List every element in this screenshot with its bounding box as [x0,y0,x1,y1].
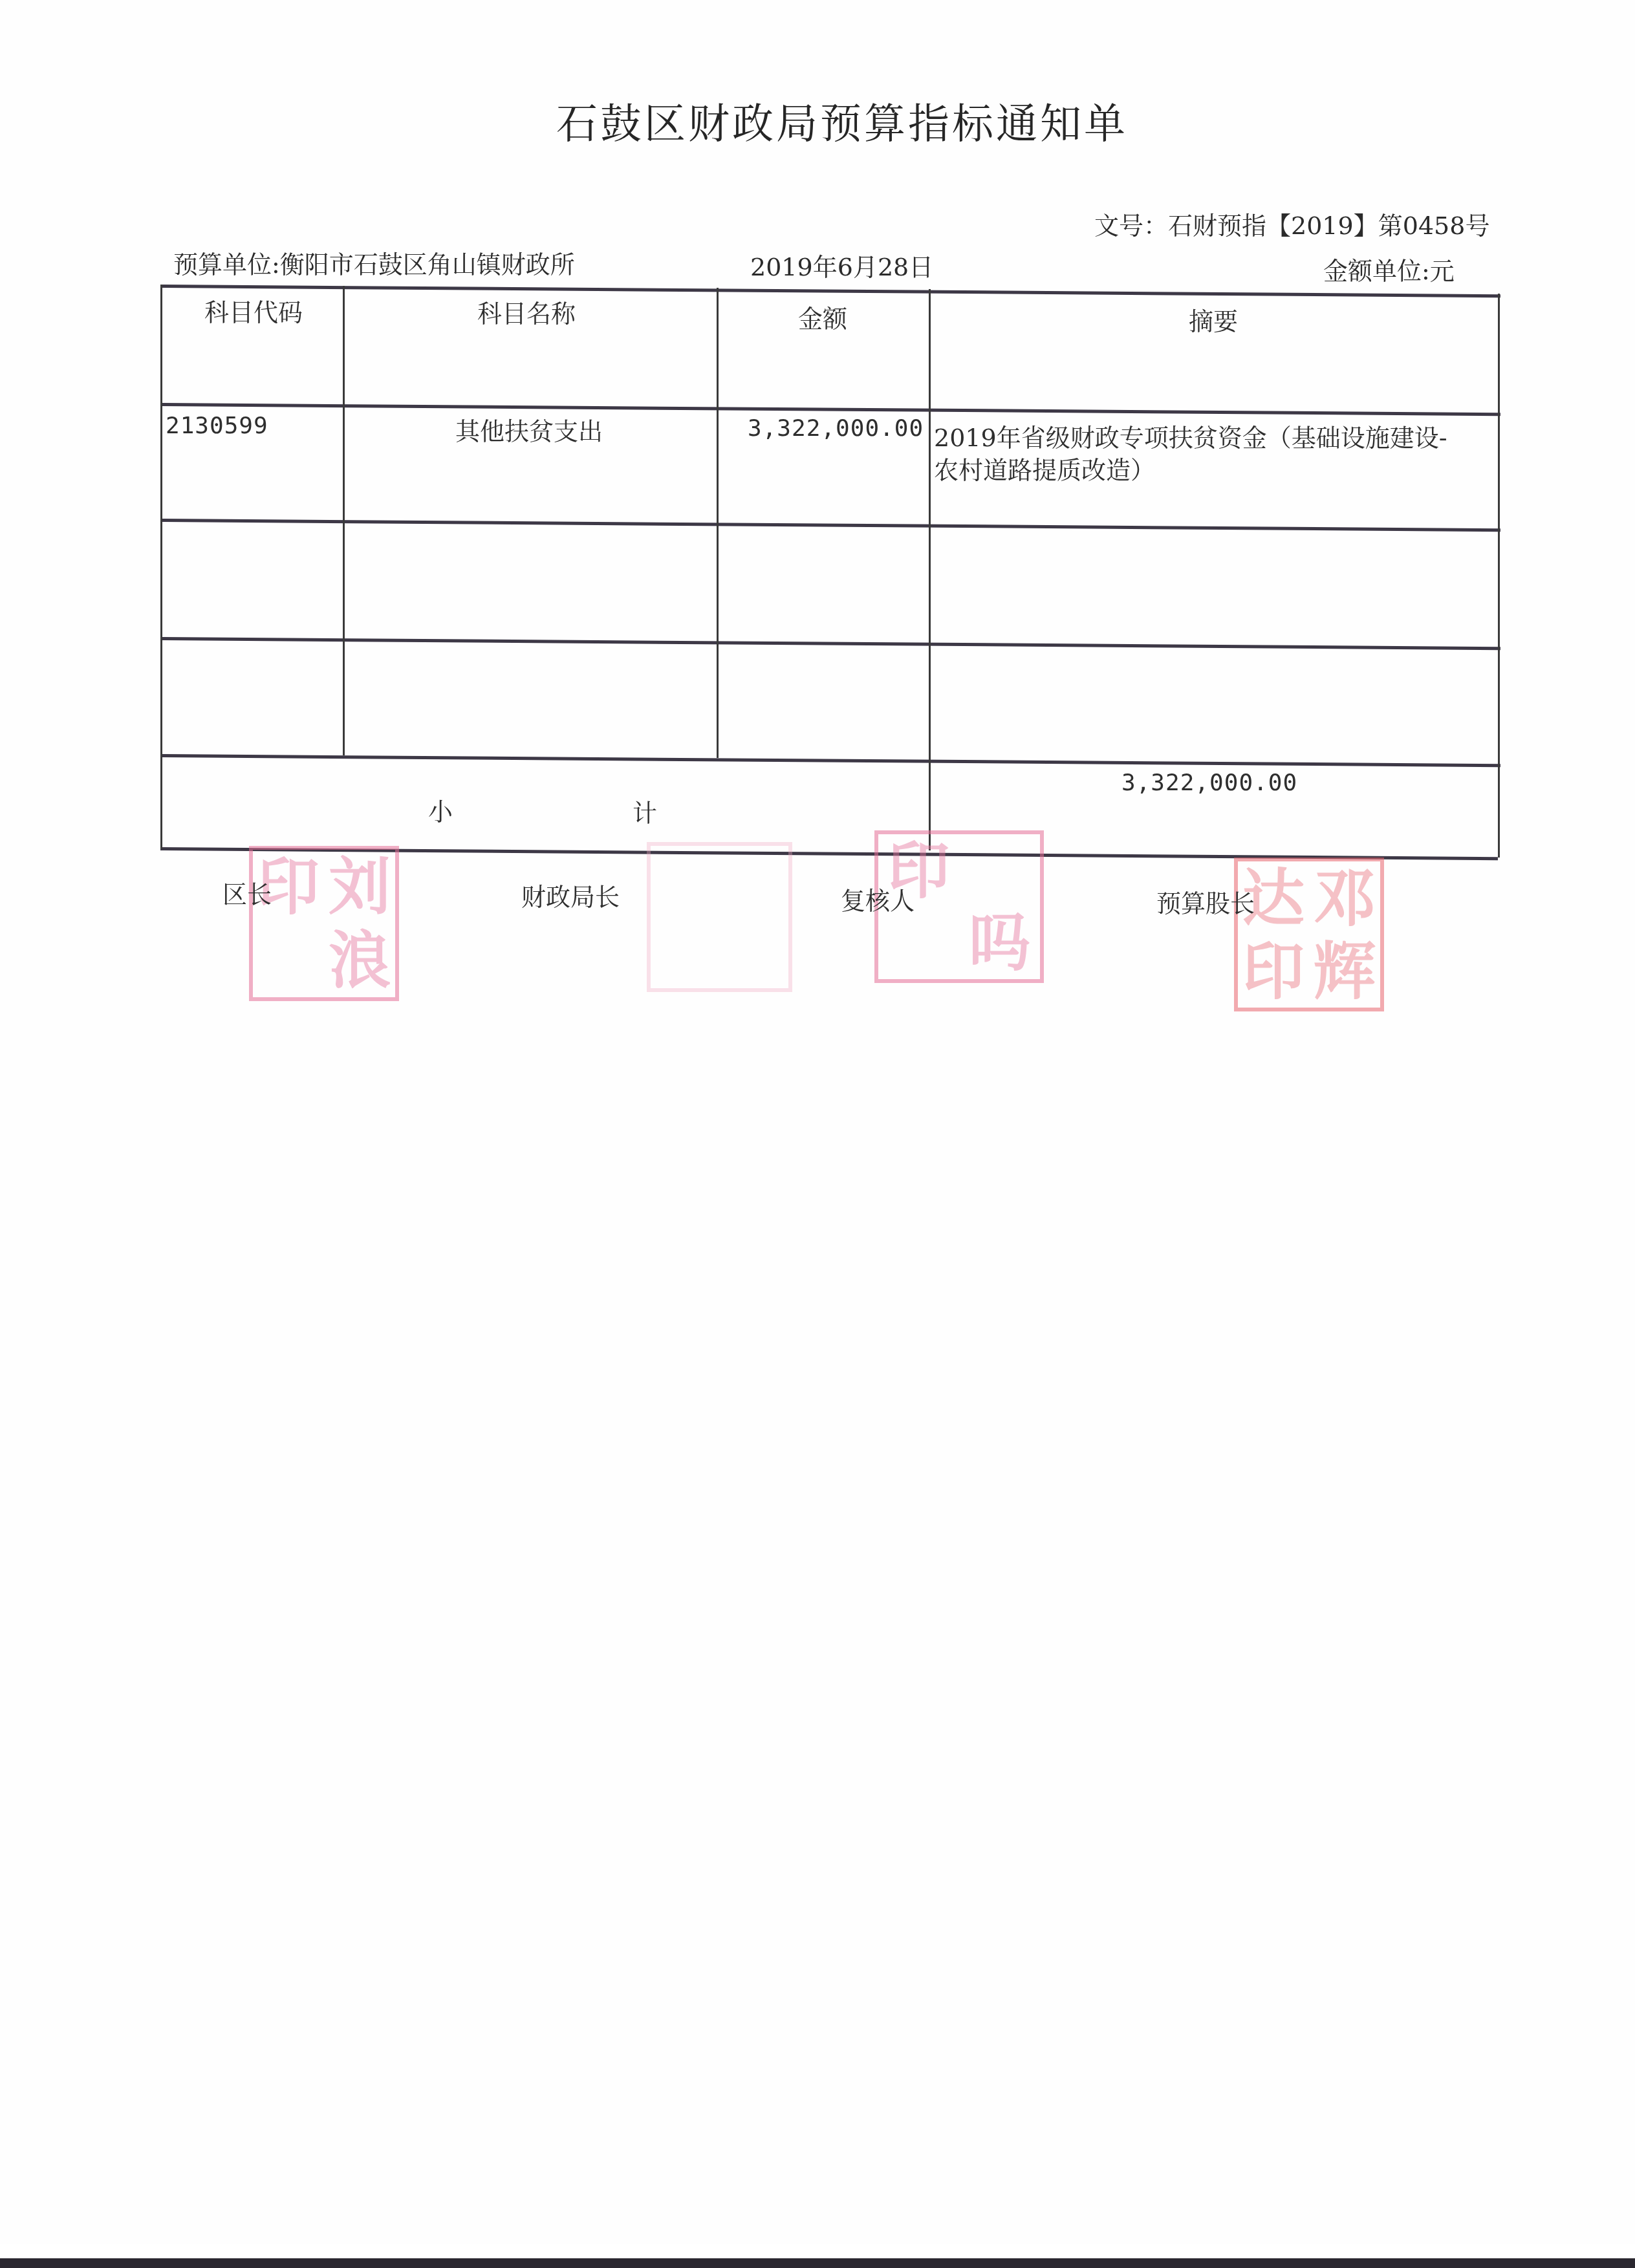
table-rule-row2-bottom [160,637,1500,650]
table-rule-top [160,285,1500,297]
table-border-left [160,285,162,849]
col-divider-name-amount [717,288,719,758]
amount-unit: 金额单位:元 [1323,251,1455,286]
row1-amount: 3,322,000.00 [748,415,924,442]
table-rule-row3-bottom [160,754,1500,767]
stamp-district-head: 印 刘 浪 [249,846,399,1001]
row1-code: 2130599 [166,413,268,439]
subtotal-amount: 3,322,000.00 [1121,770,1297,796]
col-divider-code-name [343,286,345,755]
document-title: 石鼓区财政局预算指标通知单 [556,91,1128,150]
table-border-right [1498,294,1500,858]
row1-name: 其他扶贫支出 [455,411,603,447]
scan-bottom-edge [0,2258,1635,2268]
scanned-page: 石鼓区财政局预算指标通知单 文号：石财预指【2019】第0458号 预算单位:衡… [0,0,1635,2244]
col-divider-amount-summary [929,289,931,850]
stamp-finance-director [647,842,792,992]
stamp-budget-section-chief: 达 印 邓 辉 [1234,858,1384,1011]
subtotal-label-left: 小 [428,792,453,827]
table-rule-row1-bottom [160,519,1500,532]
document-date: 2019年6月28日 [750,247,933,283]
budget-table: 科目代码 科目名称 金额 摘要 2130599 其他扶贫支出 3,322,000… [160,285,1499,867]
document-number: 文号：石财预指【2019】第0458号 [1094,206,1489,241]
signature-district-head: 区长 [222,874,272,910]
signature-reviewer: 复核人 [841,881,915,916]
header-subject-code: 科目代码 [204,292,303,328]
header-amount: 金额 [798,299,847,334]
header-subject-name: 科目名称 [477,294,576,329]
row1-summary-line1: 2019年省级财政专项扶贫资金（基础设施建设- [934,418,1447,453]
subtotal-label-right: 计 [633,793,657,828]
header-summary: 摘要 [1189,301,1238,337]
signature-budget-section-chief: 预算股长 [1156,883,1255,919]
budget-unit: 预算单位:衡阳市石鼓区角山镇财政所 [173,244,575,280]
signature-finance-director: 财政局长 [521,877,620,913]
row1-summary-line2: 农村道路提质改造） [934,450,1155,486]
table-rule-header-bottom [160,403,1500,416]
